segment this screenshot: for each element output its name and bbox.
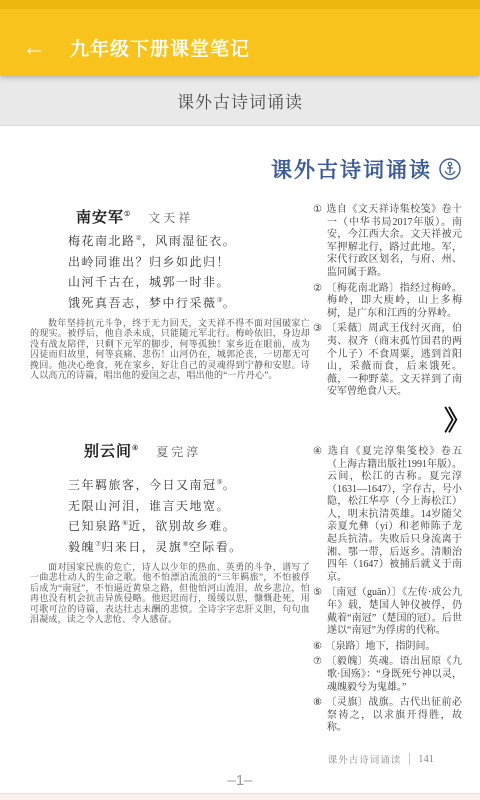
annotation-item: ④ 选自《夏完淳集笺校》卷五（上海古籍出版社1991年版）。云间，松江的古称。夏… [313, 446, 462, 585]
poem-line: 梅花南北路②，风雨湿征衣。 [68, 230, 236, 251]
poem-line: 山河千古在，城郭一时非。 [68, 271, 236, 292]
footer-divider [409, 753, 410, 765]
back-arrow-icon: ← [22, 34, 46, 62]
annotation-item: ③ 〔采薇〕周武王伐纣灭商，伯夷、叔齐（商末孤竹国君的两个儿子）不食周粟，逃到首… [313, 323, 462, 399]
poem2-title: 别云间④ [84, 440, 138, 461]
book-page[interactable]: 课外古诗词诵读 南安军① 文天祥 梅花南北路②，风雨湿征衣。 出岭同谁出？归乡如… [0, 126, 480, 792]
bottom-strip [0, 793, 480, 800]
book-footer: 课外古诗词诵读 141 [328, 752, 434, 766]
annotation-item: ⑦ 〔毅魄〕英魂。语出屈原《九歌·国殇》：“身既死兮神以灵，魂魄毅兮为鬼雄。” [313, 656, 462, 694]
app-bar: ← 九年级下册课堂笔记 [0, 0, 480, 76]
poem2-header: 别云间④ 夏完淳 [84, 440, 201, 461]
next-page-icon[interactable]: 》 [444, 408, 471, 435]
section-bar-title: 课外古诗词诵读 [177, 88, 303, 113]
poem1-header: 南安军① 文天祥 [76, 206, 193, 227]
poem-line: 毅魄⑦归来日，灵旗⑧空际看。 [68, 536, 243, 557]
poem1-title-ref: ① [124, 210, 130, 218]
poem-line: 已知泉路⑥近，欲别故乡难。 [68, 515, 243, 536]
poem2-title-ref: ④ [132, 444, 138, 452]
app-title: 九年级下册课堂笔记 [70, 34, 250, 61]
book-footer-section: 课外古诗词诵读 [328, 752, 402, 766]
book-page-title: 课外古诗词诵读 [271, 154, 432, 184]
page-indicator: –1– [0, 772, 480, 789]
anchor-icon [438, 157, 462, 181]
annotation-item: ⑤ 〔南冠（guān）〕《左传·成公九年》载，楚国人钟仪被俘，仍戴着“南冠”（楚… [313, 587, 462, 637]
annotation-item: ⑧ 〔灵旗〕战旗。古代出征前必祭祷之，以求旗开得胜，故称。 [313, 697, 462, 735]
annotation-item: ① 选自《文天祥诗集校笺》卷十一（中华书局2017年版）。南安，今江西大余。文天… [313, 204, 462, 280]
poem2-commentary: 面对国家民族的危亡，诗人以少年的热血、英勇的斗争，谱写了一曲悲壮动人的生命之歌。… [30, 562, 310, 624]
section-bar: 课外古诗词诵读 [0, 76, 480, 126]
poem-line: 出岭同谁出？归乡如此归！ [68, 251, 236, 272]
annotation-item: ⑥ 〔泉路〕地下，指阴间。 [313, 641, 462, 654]
annotations-column: ① 选自《文天祥诗集校笺》卷十一（中华书局2017年版）。南安，今江西大余。文天… [313, 204, 462, 738]
poem2-author: 夏完淳 [156, 443, 201, 460]
poem1-author: 文天祥 [148, 209, 193, 226]
status-bar [0, 0, 480, 9]
book-footer-page-number: 141 [418, 754, 434, 765]
poem2-lines: 三年羁旅客，今日又南冠⑤。 无限山河泪，谁言天地宽。 已知泉路⑥近，欲别故乡难。… [68, 474, 243, 556]
book-page-header: 课外古诗词诵读 [271, 154, 462, 184]
annotation-item: ② 〔梅花南北路〕指经过梅岭。梅岭，即大庾岭，山上多梅树，是广东和江西的分界岭。 [313, 283, 462, 321]
poem1-title: 南安军① [76, 206, 130, 227]
back-button[interactable]: ← [14, 30, 54, 66]
poem1-commentary: 数年坚持抗元斗争，终于无力回天，文天祥不得不面对国破家亡的现实。被俘后，他自杀未… [30, 318, 310, 380]
poem1-lines: 梅花南北路②，风雨湿征衣。 出岭同谁出？归乡如此归！ 山河千古在，城郭一时非。 … [68, 230, 236, 312]
poem-line: 三年羁旅客，今日又南冠⑤。 [68, 474, 243, 495]
poem-line: 饿死真吾志，梦中行采薇③。 [68, 292, 236, 313]
poem-line: 无限山河泪，谁言天地宽。 [68, 495, 243, 516]
